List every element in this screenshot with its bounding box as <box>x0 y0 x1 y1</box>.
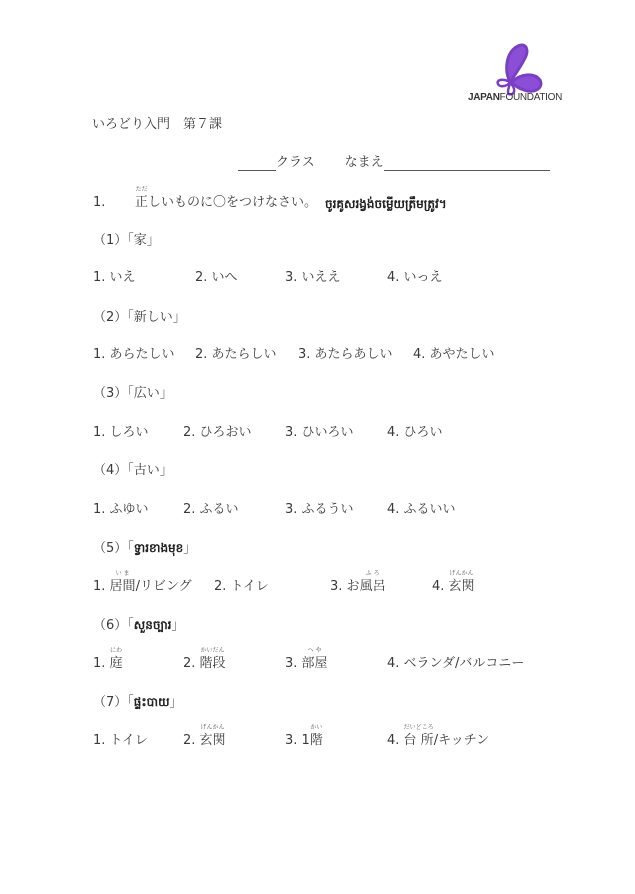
instruction-text: ただ正しいものに〇をつけなさい。 <box>135 195 317 211</box>
choice-3[interactable]: 3. 1かい階 <box>285 733 323 749</box>
student-info-row: クラスなまえ <box>238 155 550 171</box>
choice-3[interactable]: 3. へ や部屋 <box>285 656 328 672</box>
choice-4[interactable]: 4. げんかん玄関 <box>432 579 475 595</box>
worksheet-title: いろどり入門 第７課 <box>92 117 222 133</box>
choice-4[interactable]: 4. だいどころ台 所/キッチン <box>387 733 489 749</box>
choice-3[interactable]: 3. いええ <box>285 270 341 286</box>
choice-2[interactable]: 2. かいだん階段 <box>183 656 226 672</box>
name-label: なまえ <box>345 155 384 170</box>
choice-4[interactable]: 4. あやたしい <box>413 347 495 363</box>
choice-4[interactable]: 4. ベランダ/バルコニー <box>387 656 524 672</box>
class-label: クラス <box>276 155 315 170</box>
choice-2[interactable]: 2. いへ <box>195 270 238 286</box>
choice-1[interactable]: 1. にわ庭 <box>93 656 123 672</box>
choice-2[interactable]: 2. ふるい <box>183 502 239 518</box>
instruction-khmer: ចូរគូសរង្វង់ចម្លើយត្រឹមត្រូវ។ <box>325 196 447 214</box>
choice-3[interactable]: 3. あたらあしい <box>298 347 393 363</box>
name-blank[interactable] <box>384 157 550 171</box>
choice-1[interactable]: 1. いえ <box>93 270 136 286</box>
instruction-number: 1. <box>93 195 105 211</box>
ruby-word: ただ正 <box>135 195 148 211</box>
question-3-label: （3）「広い」 <box>93 386 173 402</box>
choice-1[interactable]: 1. ふゆい <box>93 502 149 518</box>
question-2-label: （2）「新しい」 <box>93 310 186 326</box>
choice-2[interactable]: 2. トイレ <box>214 579 269 595</box>
choice-2[interactable]: 2. げんかん玄関 <box>183 733 226 749</box>
question-6-label: （6）「សួនច្បារ」 <box>93 617 184 634</box>
question-5-label: （5）「ទ្វារខាងមុខ」 <box>93 540 196 557</box>
class-blank[interactable] <box>238 157 276 171</box>
choice-3[interactable]: 3. おふ ろ風呂 <box>330 579 386 595</box>
choice-2[interactable]: 2. ひろおい <box>183 425 252 441</box>
choice-4[interactable]: 4. いっえ <box>387 270 443 286</box>
choice-1[interactable]: 1. あらたしい <box>93 347 175 363</box>
question-7-label: （7）「ផ្ទះបាយ」 <box>93 694 183 711</box>
choice-3[interactable]: 3. ひいろい <box>285 425 354 441</box>
choice-1[interactable]: 1. しろい <box>93 425 149 441</box>
question-4-label: （4）「古い」 <box>93 463 173 479</box>
choice-2[interactable]: 2. あたらしい <box>195 347 277 363</box>
choice-4[interactable]: 4. ひろい <box>387 425 443 441</box>
question-1-label: （1）「家」 <box>93 233 160 249</box>
choice-1[interactable]: 1. トイレ <box>93 733 148 749</box>
choice-1[interactable]: 1. い ま居間/リビング <box>93 579 192 595</box>
choice-3[interactable]: 3. ふるうい <box>285 502 354 518</box>
choice-4[interactable]: 4. ふるいい <box>387 502 456 518</box>
japan-foundation-wordmark: JAPANFOUNDATION <box>468 92 562 103</box>
